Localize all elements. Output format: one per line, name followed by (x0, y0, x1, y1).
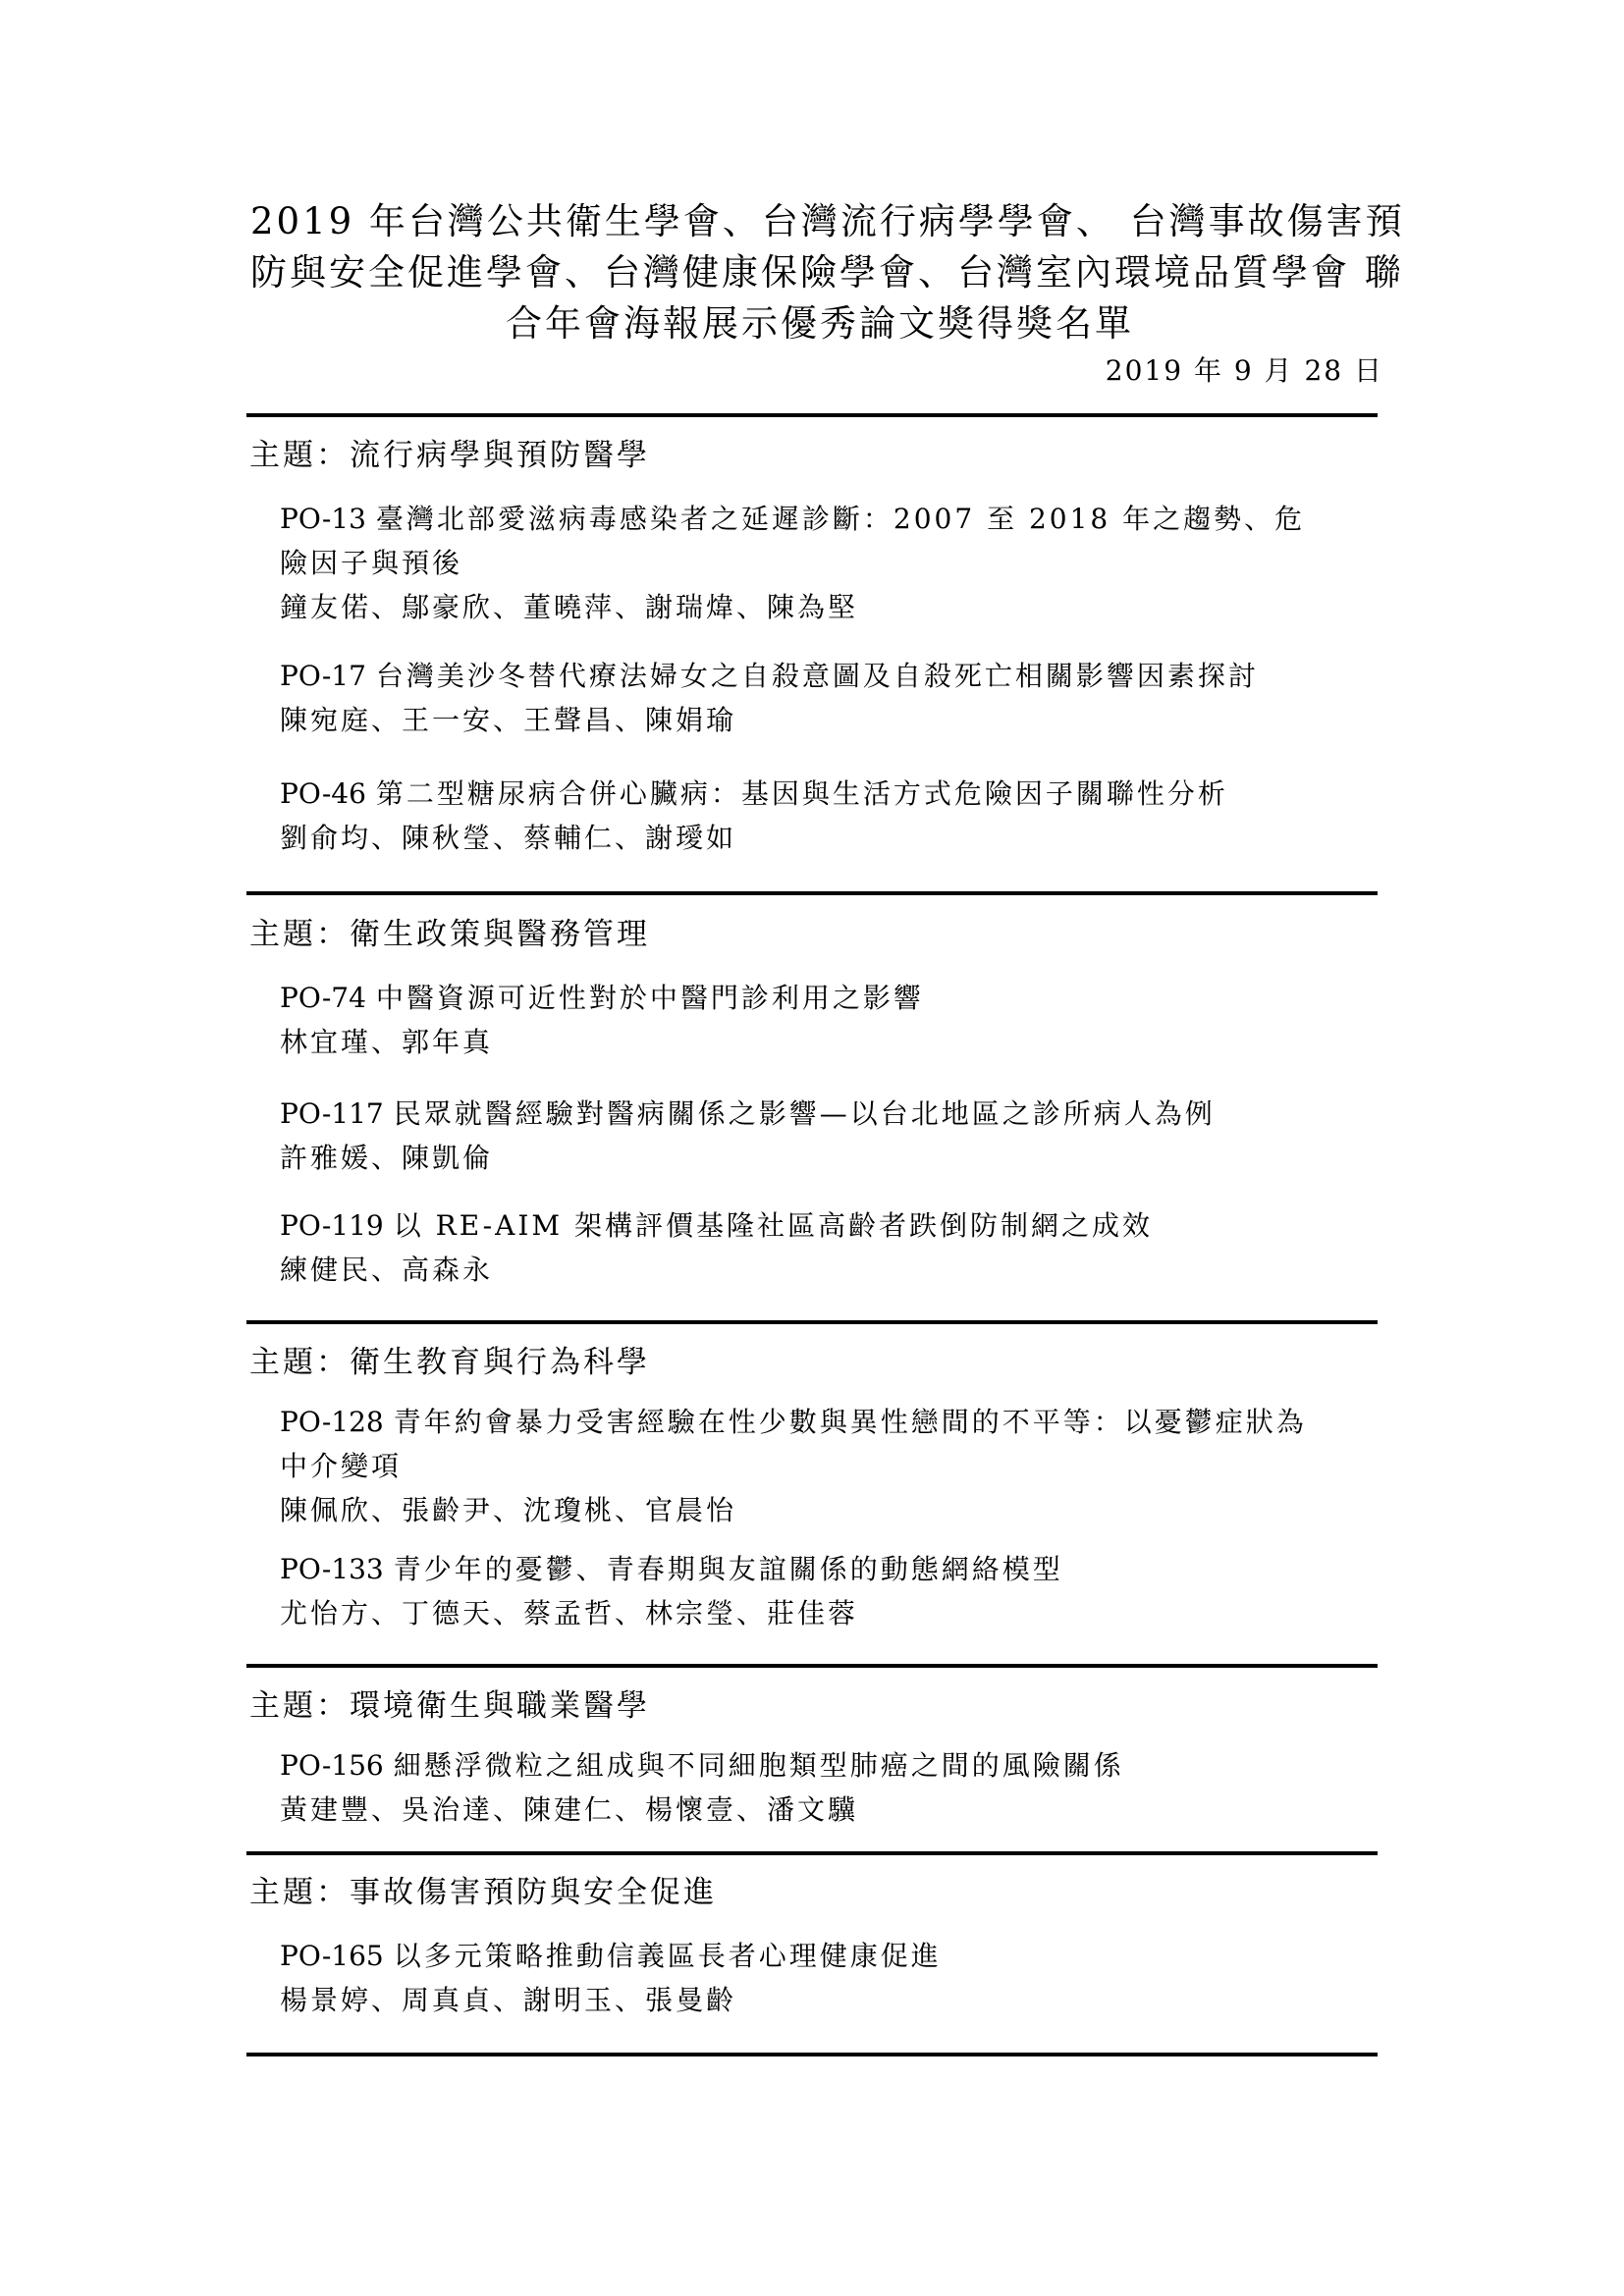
award-entry-po-156: PO-156細懸浮微粒之組成與不同細胞類型肺癌之間的風險關係 黃建豐、吳治達、陳… (280, 1743, 1389, 1832)
section-divider (246, 891, 1378, 895)
entry-code: PO-119 (280, 1209, 384, 1242)
entry-title-text: 臺灣北部愛滋病毒感染者之延遲診斷：2007 至 2018 年之趨勢、危 (376, 503, 1305, 535)
award-entry-po-119: PO-119以 RE-AIM 架構評價基隆社區高齡者跌倒防制網之成效 練健民、高… (280, 1203, 1389, 1292)
entry-title: PO-156細懸浮微粒之組成與不同細胞類型肺癌之間的風險關係 (280, 1743, 1389, 1788)
entry-authors: 陳佩欣、張齡尹、沈瓊桃、官晨怡 (280, 1488, 1389, 1532)
entry-code: PO-46 (280, 777, 366, 810)
award-entry-po-17: PO-17台灣美沙冬替代療法婦女之自殺意圖及自殺死亡相關影響因素探討 陳宛庭、王… (280, 654, 1389, 742)
section-heading-health-policy: 主題：衛生政策與醫務管理 (249, 909, 650, 953)
entry-title: PO-119以 RE-AIM 架構評價基隆社區高齡者跌倒防制網之成效 (280, 1203, 1389, 1248)
entry-title-continued: 險因子與預後 (280, 541, 1389, 585)
entry-title-text: 民眾就醫經驗對醫病關係之影響—以台北地區之診所病人為例 (394, 1097, 1216, 1130)
entry-authors: 鐘友偌、鄔豪欣、董曉萍、謝瑞煒、陳為堅 (280, 585, 1389, 629)
entry-title-text: 以 RE-AIM 架構評價基隆社區高齡者跌倒防制網之成效 (394, 1209, 1153, 1242)
entry-title-text: 以多元策略推動信義區長者心理健康促進 (394, 1940, 942, 1972)
award-entry-po-13: PO-13臺灣北部愛滋病毒感染者之延遲診斷：2007 至 2018 年之趨勢、危… (280, 497, 1389, 629)
section-divider-bottom (246, 2053, 1378, 2056)
title-line-1: 2019 年台灣公共衛生學會、台灣流行病學學會、 台灣事故傷害預 (250, 196, 1389, 247)
section-heading-environmental-health: 主題：環境衛生與職業醫學 (249, 1681, 650, 1725)
entry-authors: 劉俞均、陳秋瑩、蔡輔仁、謝璦如 (280, 816, 1389, 860)
entry-code: PO-74 (280, 982, 366, 1014)
section-divider (246, 1664, 1378, 1668)
entry-title: PO-74中醫資源可近性對於中醫門診利用之影響 (280, 976, 1389, 1020)
entry-authors: 尤怡方、丁德天、蔡孟哲、林宗瑩、莊佳蓉 (280, 1591, 1389, 1635)
section-heading-health-education: 主題：衛生教育與行為科學 (249, 1337, 650, 1381)
section-heading-epidemiology: 主題：流行病學與預防醫學 (249, 430, 650, 474)
entry-title: PO-117民眾就醫經驗對醫病關係之影響—以台北地區之診所病人為例 (280, 1092, 1389, 1136)
entry-title: PO-17台灣美沙冬替代療法婦女之自殺意圖及自殺死亡相關影響因素探討 (280, 654, 1389, 698)
entry-title: PO-133青少年的憂鬱、青春期與友誼關係的動態網絡模型 (280, 1547, 1389, 1591)
entry-title-text: 細懸浮微粒之組成與不同細胞類型肺癌之間的風險關係 (394, 1749, 1124, 1782)
entry-code: PO-117 (280, 1097, 384, 1130)
entry-code: PO-165 (280, 1940, 384, 1972)
entry-authors: 林宜瑾、郭年真 (280, 1020, 1389, 1064)
entry-code: PO-156 (280, 1749, 384, 1782)
entry-authors: 陳宛庭、王一安、王聲昌、陳娟瑜 (280, 698, 1389, 742)
entry-title: PO-165以多元策略推動信義區長者心理健康促進 (280, 1934, 1389, 1978)
entry-title-text: 青少年的憂鬱、青春期與友誼關係的動態網絡模型 (394, 1553, 1063, 1585)
section-divider (246, 413, 1378, 417)
section-heading-injury-prevention: 主題：事故傷害預防與安全促進 (249, 1867, 717, 1911)
award-entry-po-46: PO-46第二型糖尿病合併心臟病：基因與生活方式危險因子關聯性分析 劉俞均、陳秋… (280, 772, 1389, 860)
award-entry-po-165: PO-165以多元策略推動信義區長者心理健康促進 楊景婷、周真貞、謝明玉、張曼齡 (280, 1934, 1389, 2022)
entry-authors: 許雅媛、陳凱倫 (280, 1136, 1389, 1180)
entry-title-text: 中醫資源可近性對於中醫門診利用之影響 (376, 982, 924, 1014)
entry-title: PO-46第二型糖尿病合併心臟病：基因與生活方式危險因子關聯性分析 (280, 772, 1389, 816)
entry-title: PO-13臺灣北部愛滋病毒感染者之延遲診斷：2007 至 2018 年之趨勢、危 (280, 497, 1389, 541)
entry-title-text: 台灣美沙冬替代療法婦女之自殺意圖及自殺死亡相關影響因素探討 (376, 660, 1259, 692)
entry-code: PO-13 (280, 503, 366, 535)
award-entry-po-133: PO-133青少年的憂鬱、青春期與友誼關係的動態網絡模型 尤怡方、丁德天、蔡孟哲… (280, 1547, 1389, 1635)
document-page: 2019 年台灣公共衛生學會、台灣流行病學學會、 台灣事故傷害預 防與安全促進學… (0, 0, 1624, 2296)
award-entry-po-74: PO-74中醫資源可近性對於中醫門診利用之影響 林宜瑾、郭年真 (280, 976, 1389, 1064)
entry-authors: 楊景婷、周真貞、謝明玉、張曼齡 (280, 1978, 1389, 2022)
section-divider (246, 1320, 1378, 1324)
entry-authors: 練健民、高森永 (280, 1248, 1389, 1292)
entry-title-continued: 中介變項 (280, 1444, 1389, 1488)
document-date: 2019 年 9 月 28 日 (1106, 349, 1383, 389)
title-line-2: 防與安全促進學會、台灣健康保險學會、台灣室內環境品質學會 聯 (250, 247, 1389, 298)
entry-code: PO-133 (280, 1553, 384, 1585)
title-line-3: 合年會海報展示優秀論文獎得獎名單 (250, 298, 1389, 349)
entry-title: PO-128青年約會暴力受害經驗在性少數與異性戀間的不平等：以憂鬱症狀為 (280, 1400, 1389, 1444)
entry-title-text: 第二型糖尿病合併心臟病：基因與生活方式危險因子關聯性分析 (376, 777, 1228, 810)
entry-code: PO-17 (280, 660, 366, 692)
entry-authors: 黃建豐、吳治達、陳建仁、楊懷壹、潘文驥 (280, 1788, 1389, 1832)
entry-title-text: 青年約會暴力受害經驗在性少數與異性戀間的不平等：以憂鬱症狀為 (394, 1406, 1307, 1438)
award-entry-po-117: PO-117民眾就醫經驗對醫病關係之影響—以台北地區之診所病人為例 許雅媛、陳凱… (280, 1092, 1389, 1180)
entry-code: PO-128 (280, 1406, 384, 1438)
document-title: 2019 年台灣公共衛生學會、台灣流行病學學會、 台灣事故傷害預 防與安全促進學… (250, 196, 1389, 349)
section-divider (246, 1851, 1378, 1855)
award-entry-po-128: PO-128青年約會暴力受害經驗在性少數與異性戀間的不平等：以憂鬱症狀為 中介變… (280, 1400, 1389, 1532)
